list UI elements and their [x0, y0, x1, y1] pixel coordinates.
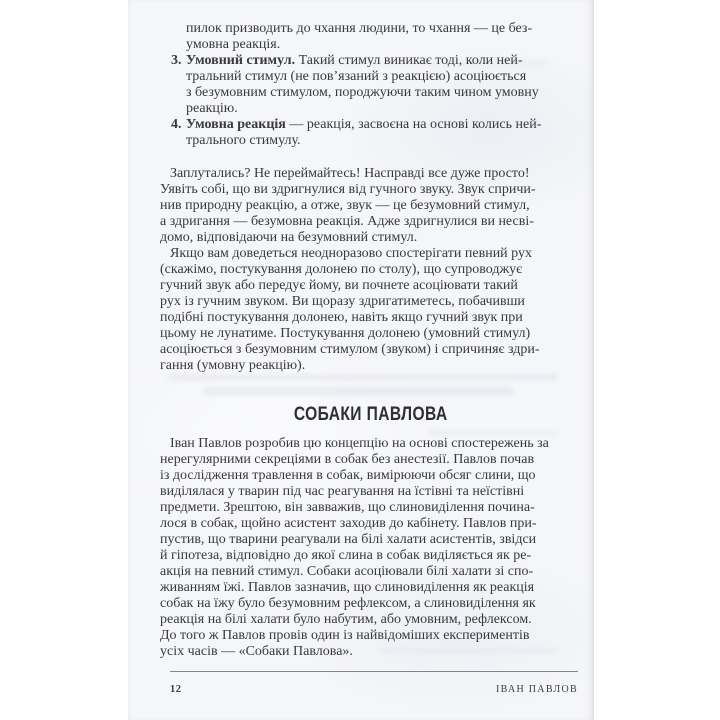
list-item-4: 4.Умовна реакція — реакція, засвоєна на … — [160, 117, 581, 149]
section-heading-text: СОБАКИ ПАВЛОВА — [294, 405, 448, 425]
footer-rule — [170, 671, 578, 672]
list-item-term: Умовний стимул. — [186, 53, 295, 68]
definitions-list: пилок призводить до чхання людини, то чх… — [160, 21, 581, 149]
list-item-2-continuation: пилок призводить до чхання людини, то чх… — [160, 21, 581, 53]
list-item-number: 4. — [171, 117, 182, 133]
section-heading: СОБАКИ ПАВЛОВА — [160, 405, 581, 425]
list-item-number: 3. — [171, 53, 182, 69]
body-paragraph: Заплутались? Не переймайтесь! Насправді … — [160, 166, 581, 246]
screenshot-canvas: пилок призводить до чхання людини, то чх… — [0, 0, 720, 720]
page-number: 12 — [170, 682, 182, 698]
section-paragraph: Іван Павлов розробив цю концепцію на осн… — [160, 436, 581, 660]
text-column: пилок призводить до чхання людини, то чх… — [160, 0, 581, 698]
running-title: ІВАН ПАВЛОВ — [496, 682, 578, 698]
list-item-term: Умовна реакція — [186, 117, 286, 132]
page-footer: 12 ІВАН ПАВЛОВ — [170, 682, 578, 698]
list-item-3: 3.Умовний стимул. Такий стимул виникає т… — [160, 53, 581, 117]
body-paragraph: Якщо вам доведеться неодноразово спостер… — [160, 246, 581, 374]
book-page-scan: пилок призводить до чхання людини, то чх… — [128, 0, 594, 720]
